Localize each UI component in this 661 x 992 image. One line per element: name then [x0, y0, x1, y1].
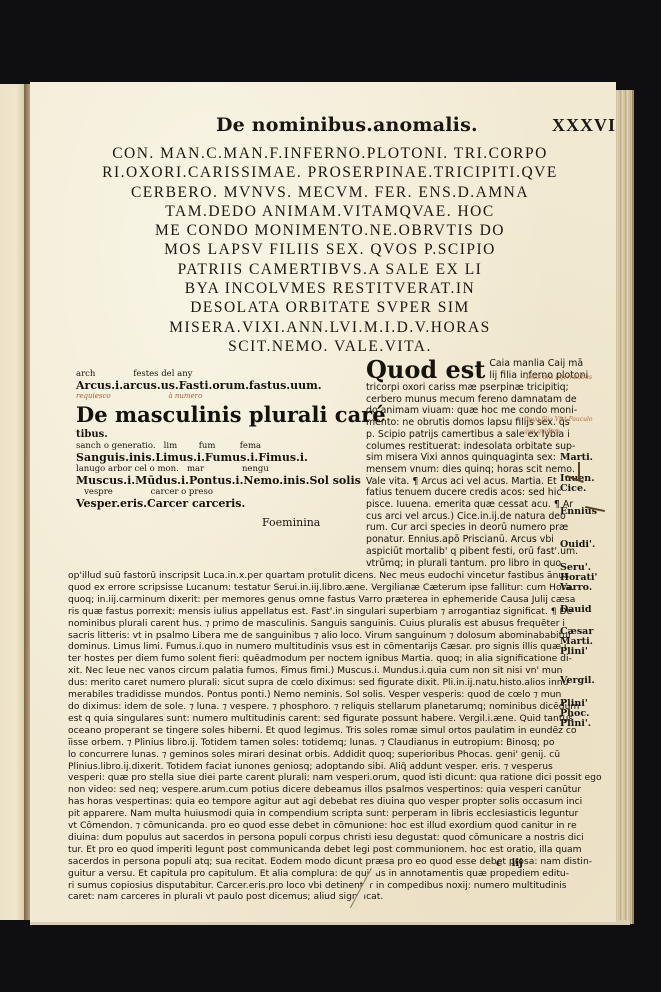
body-line: has horas vespertinas: quia eo tempore a… [68, 796, 608, 808]
initial-heading: Quod est [366, 358, 485, 382]
interlinear-gloss: vespre carcer o preso [76, 487, 361, 497]
interlinear-gloss: sanch o generatio. lim fum fema [76, 441, 361, 451]
inscription-line: DESOLATA ORBITATE SVPER SIM [70, 298, 590, 317]
body-line: ter hostes per diem fumo solent fieri: q… [68, 653, 608, 665]
manuscript-annotation: Iouis diis infernalibus [526, 374, 592, 381]
body-line: ri sumus copiosius disputabitur. Carcer.… [68, 880, 608, 892]
inscription-line: MOS LAPSV FILIIS SEX. QVOS P.SCIPIO [70, 240, 590, 259]
manuscript-annotation: Cuyo filio Vixt Pauculo [524, 416, 593, 423]
body-line: tur. Et pro eo quod imperiti legunt post… [68, 844, 608, 856]
body-line: nominibus plurali carent hus. ⁊ primo de… [68, 618, 608, 630]
body-line: est q quia singulares sunt: numero multi… [68, 713, 608, 725]
body-line: xit. Nec leue nec vanos circum palatia f… [68, 665, 608, 677]
interlinear-gloss: arch festes del any [76, 369, 361, 379]
inscription-line: CERBERO. MVNVS. MECVM. FER. ENS.D.AMNA [70, 183, 590, 202]
body-line: sacris litteris: vt in psalmo Libera me … [68, 630, 608, 642]
commentary-line: tricorpi oxori cariss mæ pserpinæ tricip… [366, 382, 618, 394]
inscription-line: RI.OXORI.CARISSIMAE. PROSERPINAE.TRICIPI… [70, 163, 590, 182]
manuscript-annotation: que quidem [524, 428, 560, 435]
running-title: De nominibus.anomalis. [216, 114, 478, 136]
body-line: vt Cōmendon. ⁊ cōmunicanda. pro eo quod … [68, 820, 608, 832]
page-recto: De nominibus.anomalis. XXXVI CON. MAN.C.… [30, 82, 616, 922]
inscription-line: TAM.DEDO ANIMAM.VITAMQVAE. HOC [70, 202, 590, 221]
manuscript-annotation: requiesco à numero [76, 392, 361, 400]
inscription-line: PATRIIS CAMERTIBVS.A SALE EX LI [70, 260, 590, 279]
running-head: De nominibus.anomalis. XXXVI [216, 114, 616, 136]
verse-line: Muscus.i.Mūdus.i.Pontus.i.Nemo.inis.Sol … [76, 474, 361, 487]
section-heading-cont: tibus. [76, 428, 361, 441]
inscription-line: MISERA.VIXI.ANN.LVI.M.I.D.V.HORAS [70, 318, 590, 337]
verse-column: arch festes del any Arcus.i.arcus.us.Fas… [76, 369, 361, 529]
book-spread: De nominibus.anomalis. XXXVI CON. MAN.C.… [0, 80, 632, 925]
body-line: dominus. Limus limi. Fumus.i.quo in nume… [68, 641, 608, 653]
inscription-line: CON. MAN.C.MAN.F.INFERNO.PLOTONI. TRI.CO… [70, 144, 590, 163]
commentary-line: columes restituerat: indesolata orbitate… [366, 441, 618, 453]
roman-inscription: CON. MAN.C.MAN.F.INFERNO.PLOTONI. TRI.CO… [70, 144, 590, 356]
body-line: non video: sed neq; vespere.arum.cum pot… [68, 784, 608, 796]
verse-line: Vesper.eris.Carcer carceris. [76, 497, 361, 510]
body-line: diuina: dum populus aut sacerdos in pers… [68, 832, 608, 844]
body-line: dus: merito caret numero plurali: sicut … [68, 677, 608, 689]
body-line: caret: nam carceres in plurali vt paulo … [68, 891, 608, 903]
commentary-line: rum. Cur arci species in deorū numero pr… [366, 522, 618, 534]
body-line: oceano properant se tingere soles hibern… [68, 725, 608, 737]
inscription-line: SCIT.NEMO. VALE.VITA. [70, 337, 590, 356]
body-line: sacerdos in persona populi atq; sua reci… [68, 856, 608, 868]
margin-citation: Cice. [560, 483, 586, 494]
margin-citation: Ouidi'. [560, 539, 595, 550]
signature-mark: c iij [496, 858, 523, 869]
body-line: Plinius.libro.ij.dixerit. Totidem faciat… [68, 761, 608, 773]
body-line: lo concurrere lunas. ⁊ geminos soles mir… [68, 749, 608, 761]
interlinear-gloss: lanugo arbor cel o mon. mar nengu [76, 464, 361, 474]
body-line: merabiles tradidisse mundos. Pontus pont… [68, 689, 608, 701]
body-line: do diximus: idem de sole. ⁊ luna. ⁊ vesp… [68, 701, 608, 713]
body-line: quoq; in.iij.carminum dixerit: per memor… [68, 594, 608, 606]
commentary-body: op'illud suū fastorū inscripsit Luca.in.… [68, 570, 608, 903]
subheading-feminina: Foeminina [76, 516, 361, 529]
section-heading: De masculinis plurali caré [76, 402, 361, 428]
commentary-line: p. Scipio patrijs camertibus a sale ex l… [366, 429, 618, 441]
folio-number: XXXVI [552, 115, 616, 136]
commentary-line: cerbero munus mecum fereno damnatam de [366, 394, 618, 406]
verse-line: Arcus.i.arcus.us.Fasti.orum.fastus.uum. [76, 379, 361, 392]
inscription-line: BYA INCOLVMES RESTITVERAT.IN [70, 279, 590, 298]
body-line: ris quæ fastus porrexit: mensis iulius a… [68, 606, 608, 618]
body-line: guitur a versu. Et capitula pro capitulu… [68, 868, 608, 880]
commentary-line: Caia manlia Caij mā [489, 358, 618, 370]
ink-stain [578, 462, 580, 480]
body-line: op'illud suū fastorū inscripsit Luca.in.… [68, 570, 608, 582]
commentary-column: Quod est Caia manlia Caij mā lij filia i… [366, 358, 618, 569]
margin-citation: Marti. [560, 452, 593, 463]
inscription-line: ME CONDO MONIMENTO.NE.OBRVTIS DO [70, 221, 590, 240]
body-line: vesperi: quæ pro stella siue diei parte … [68, 772, 608, 784]
body-line: quod ex errore scripsisse Lucanum: testa… [68, 582, 608, 594]
body-line: pit apparere. Nam multa huiusmodi quia i… [68, 808, 608, 820]
body-line: īisse orbem. ⁊ Plinius libro.ij. Totidem… [68, 737, 608, 749]
verse-line: Sanguis.inis.Limus.i.Fumus.i.Fimus.i. [76, 451, 361, 464]
